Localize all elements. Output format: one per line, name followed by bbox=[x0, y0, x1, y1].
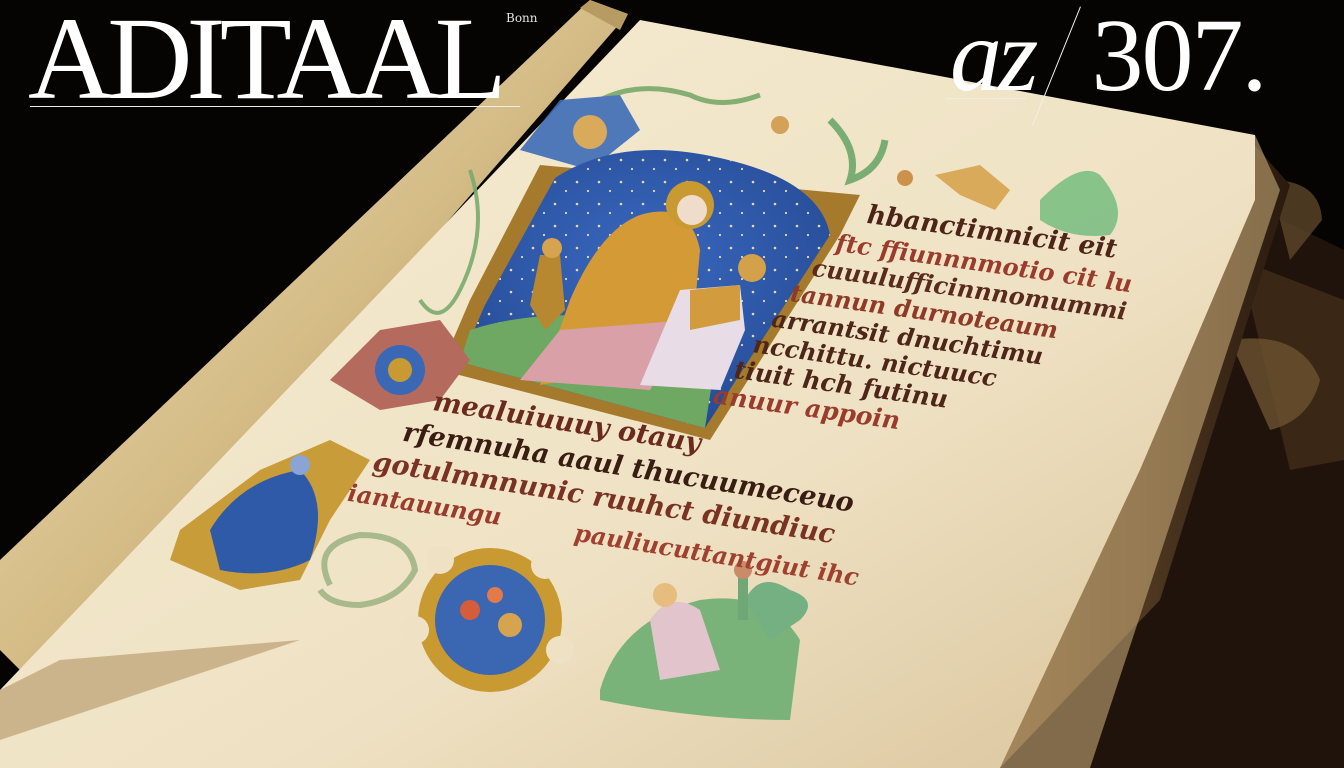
issue-code: az307. bbox=[950, 6, 1265, 134]
masthead-underline bbox=[30, 106, 520, 107]
issue-code-prefix: az bbox=[950, 0, 1034, 113]
manuscript-photo: hbanctimnicit eit ftc ffiunnnmotio cit l… bbox=[0, 0, 1344, 768]
issue-code-underline bbox=[946, 98, 1026, 99]
issue-code-slash bbox=[1033, 6, 1082, 125]
issue-number: 307. bbox=[1091, 0, 1265, 113]
masthead-superscript: Bonn bbox=[506, 12, 538, 24]
masthead-title: ADITAAL Bonn bbox=[28, 4, 501, 114]
